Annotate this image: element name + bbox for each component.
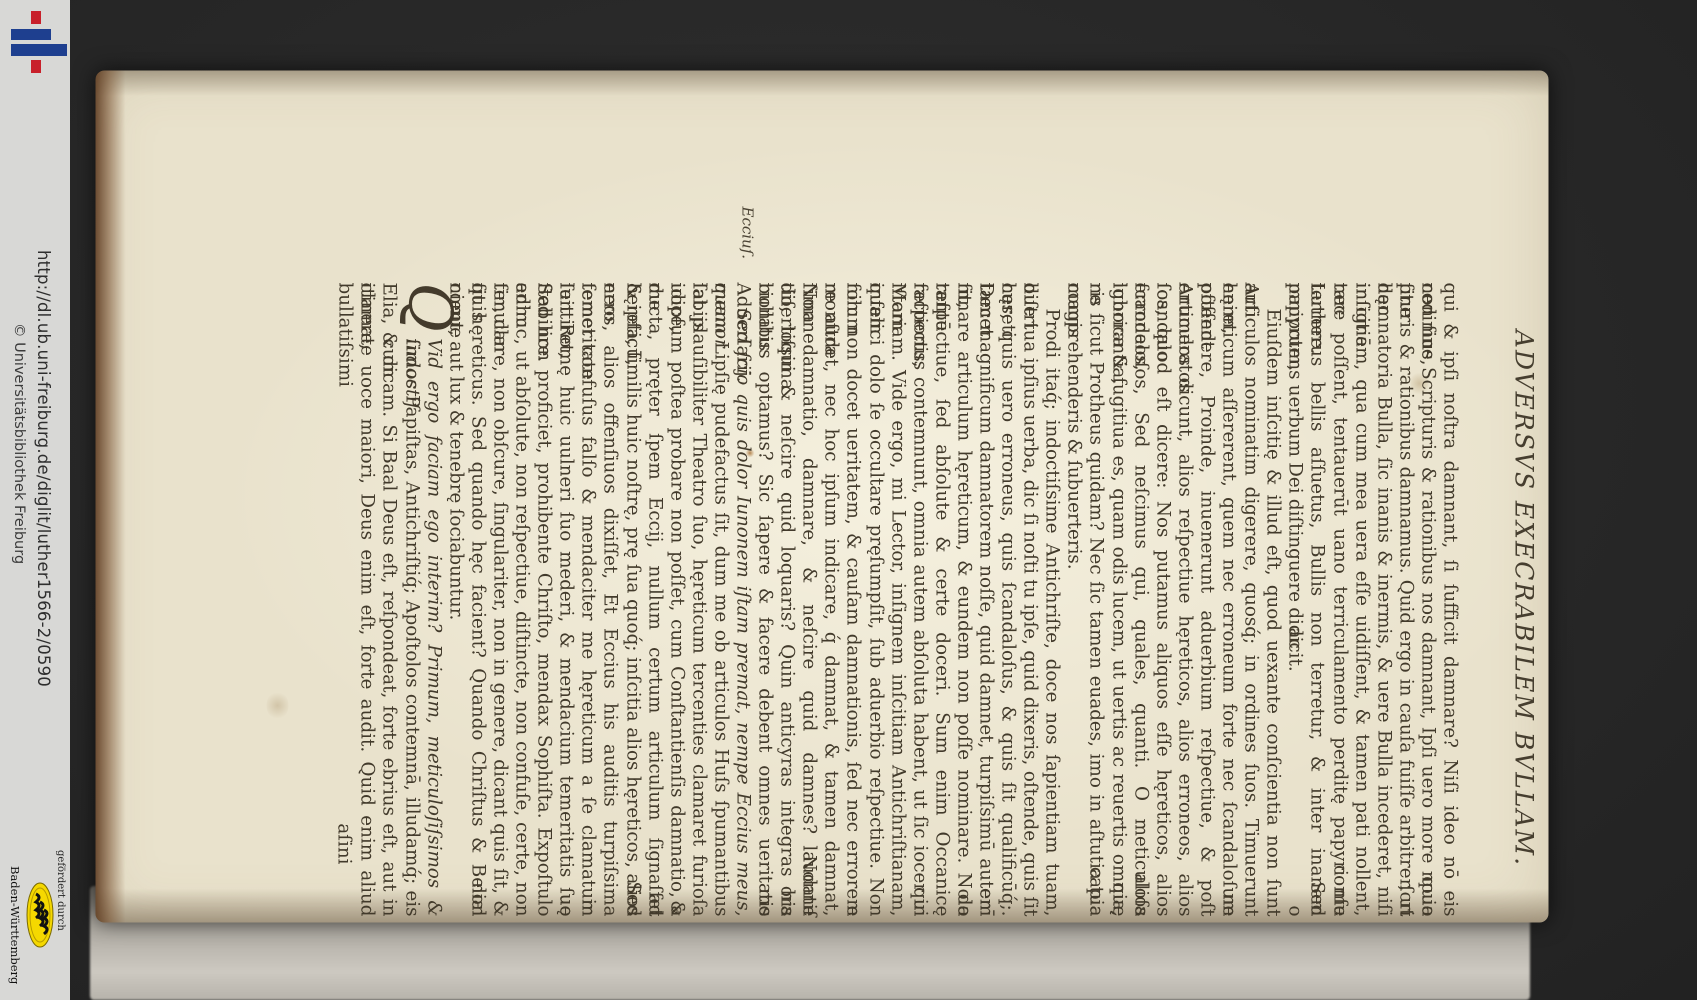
logo-blue-bar-long [11, 44, 67, 56]
text-line: qui & ipſi noſtra damnant, ſi ſufficit d… [1438, 282, 1460, 916]
text-line: reſpectus contemnunt, omnia autem abſolu… [908, 282, 930, 916]
text-line: hęreticum aſſererent, quem nec erroneum … [1217, 282, 1239, 916]
text-line: ſat plauſibiliter Theatro ſuo, hęreticum… [687, 282, 709, 916]
text-line: Articulos nominatim digerere, quosq́; in… [1239, 282, 1261, 916]
text-line: tio, loqui & neſcire quid loquaris? Quin… [775, 282, 797, 916]
text-line: Vid ergo faciam ego interim? Primum, met… [422, 282, 444, 916]
funding-region-label: Baden-Württemberg [8, 866, 22, 984]
text-line: infelici dolo ſe occultare pręſumpſit, ſ… [863, 282, 885, 916]
text-line: reſpectiue, ſed abſolute & certe doceri.… [930, 282, 952, 916]
text-line: ſima damnatio, damnare, & neſcire quid d… [797, 282, 819, 916]
text-line: Prodi itaq́; indoctiſsime Antichriſte, d… [1040, 282, 1062, 916]
scanned-page: ADVERSVS EXECRABILEM BVLLAM. Ecciuſ. Q q… [95, 70, 1548, 922]
text-line: Sed ſcio quis dolor Iunonem iſtam premat… [731, 282, 753, 916]
text-line: ducta, pręter ſpem Eccij, nullum certum … [643, 282, 665, 916]
digitized-book-viewer: { "sidebar": { "url": "http://dl.ub.uni-… [0, 0, 1697, 1000]
running-head: ADVERSVS EXECRABILEM BVLLAM. [1509, 280, 1538, 916]
text-line: clamate uoce maiori, Deus enim eſt, fort… [355, 282, 377, 916]
text-line: inſcitiam, qua cum mea uera eſſe uidiſſe… [1350, 282, 1372, 916]
text-line: nim non docet ueritatem, & cauſam damnat… [841, 282, 863, 916]
text-line: neos, alios offenſiuos dixiſſet, Et Ecci… [598, 282, 620, 916]
text-line: re audet, nec hoc ipſum indicare, q́ dam… [819, 282, 841, 916]
text-line: rionibus optamus? Sic ſapere & facere de… [753, 282, 775, 916]
paper-stain [266, 690, 288, 720]
text-line: Eiuſdem inſcitię & illud eſt, quod uexan… [1261, 282, 1283, 916]
text-line: oſtendere, Proinde, inuenerunt aduerbium… [1195, 282, 1217, 916]
text-line: ris ſicut Protheus quidam? Nec ſic tamen… [1084, 282, 1106, 916]
ub-freiburg-logo-icon [0, 0, 70, 70]
text-line: Lutherus bellis aſſuetus, Bullis non ter… [1305, 282, 1327, 916]
text-line: ſos, quod eſt dicere: Nos putamus aliquo… [1151, 282, 1173, 916]
logo-red-square-top [31, 11, 41, 24]
text-line: non ſine Scripturis & rationibus nos dam… [1416, 282, 1438, 916]
text-line: damnatoria Bulla, ſic inanis & inermis, … [1372, 282, 1394, 916]
funding-label: gefördert durch [55, 850, 66, 931]
scan-stage: ADVERSVS EXECRABILEM BVLLAM. Ecciuſ. Q q… [70, 0, 1697, 1000]
text-line: & ipſa, ſimilis huic noſtrę, prę ſua quo… [620, 282, 642, 916]
text-line: tare poſſent, tentauerūt uano terriculam… [1327, 282, 1349, 916]
text-line: Sed non proficiet, prohibente Chriſto, m… [532, 282, 554, 916]
text-line: mnare articulum hęreticum, & eundem non … [952, 282, 974, 916]
text-line: Elia, & dicam. Si Baal Deus eſt, reſpond… [377, 282, 399, 916]
body-text-block: qui & ipſi noſtra damnant, ſi ſufficit d… [355, 282, 1460, 916]
text-line: tam magnificum damnatorem noſſe, quid da… [974, 282, 996, 916]
logo-red-square-bottom [31, 60, 41, 73]
text-line: ter, clare, non obſcure, ſingulariter, n… [488, 282, 510, 916]
text-line: quam Lipſię pudefactus ſit, dum me ob ar… [709, 282, 731, 916]
text-line: ſimos Papiſtas, Antichriſtiq́; Apoſtolos… [400, 282, 422, 916]
logo-blue-bar-short [11, 29, 51, 40]
margin-note-eccius: Ecciuſ. [738, 206, 756, 276]
text-line: ſit hęreticus. Sed quando hęc facient? Q… [466, 282, 488, 916]
library-sidebar: http://dl.ub.uni-freiburg.de/diglit/luth… [0, 0, 70, 1000]
baden-wuerttemberg-emblem-icon [26, 882, 54, 952]
text-line: adhuc, ut abſolute, non reſpectiue, diſt… [510, 282, 532, 916]
text-line: ſemet confuſus falſo & mendaciter me hęr… [576, 282, 598, 916]
text-line: Articulos dicunt, alios reſpectiue hęret… [1173, 282, 1195, 916]
text-line: cus, quis uero erroneus, quis ſcandaloſu… [996, 282, 1018, 916]
text-line: luit Romę huic uulneri ſuo mederi, & men… [554, 282, 576, 916]
copyright-notice: © Universitätsbibliothek Freiburg [11, 323, 27, 564]
text-line: comprehenderis & ſubuerteris. [1062, 282, 1084, 916]
text-line: idipſum poſtea probare non poſſet, cum C… [665, 282, 687, 916]
text-line: lubrica & fugitiua es, quam odis lucem, … [1107, 282, 1129, 916]
source-url[interactable]: http://dl.ub.uni-freiburg.de/diglit/luth… [34, 250, 53, 687]
text-line: bue tua ipſius uerba, dic ſi noſti tu ip… [1018, 282, 1040, 916]
text-line: ſcandaloſos, Sed neſcimus qui, quales, q… [1129, 282, 1151, 916]
text-line: Moriam. Vide ergo, mi Lector, inſignem i… [886, 282, 908, 916]
text-line: nient, aut lux & tenebrę ſociabuntur. [444, 282, 466, 916]
text-line: pturis & rationibus damnamus. Quid ergo … [1394, 282, 1416, 916]
catchword: aſini [333, 282, 354, 916]
